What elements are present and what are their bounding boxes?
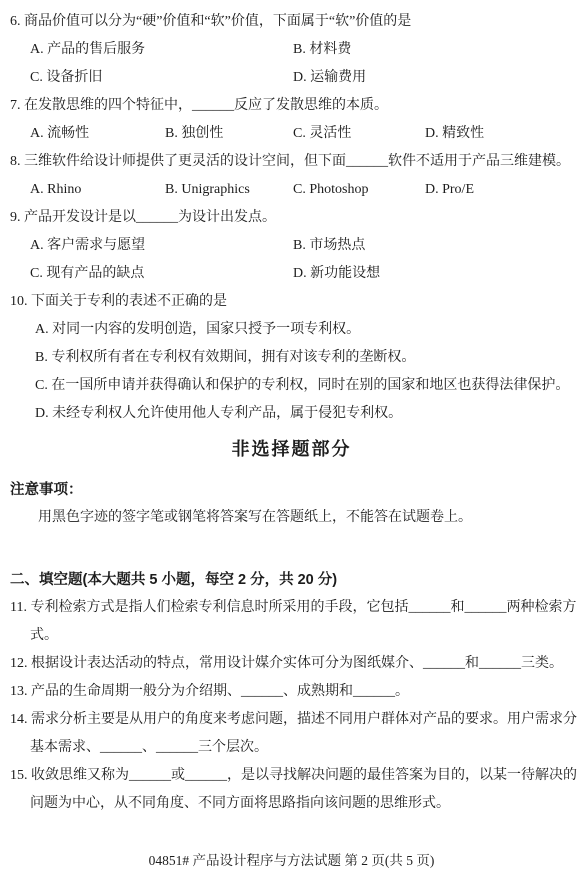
question-11-line-1: 11. 专利检索方式是指人们检索专利信息时所采用的手段，它包括______和__… — [10, 594, 573, 622]
question-6-options-row-2: C. 设备折旧 D. 运输费用 — [10, 64, 573, 92]
question-10-option-d: D. 未经专利权人允许使用他人专利产品，属于侵犯专利权。 — [10, 400, 573, 428]
question-8-stem: 8. 三维软件给设计师提供了更灵活的设计空间，但下面______软件不适用于产品… — [10, 148, 573, 176]
question-7-options-row: A. 流畅性 B. 独创性 C. 灵活性 D. 精致性 — [10, 120, 573, 148]
question-10-option-b: B. 专利权所有者在专利权有效期间，拥有对该专利的垄断权。 — [10, 344, 573, 372]
question-8-option-d: D. Pro/E — [425, 176, 474, 204]
question-8-option-b: B. Unigraphics — [165, 176, 293, 204]
question-7-option-b: B. 独创性 — [165, 120, 293, 148]
question-6-option-b: B. 材料费 — [293, 36, 351, 64]
question-9: 9. 产品开发设计是以______为设计出发点。 A. 客户需求与愿望 B. 市… — [10, 204, 573, 288]
question-13-line-1: 13. 产品的生命周期一般分为介绍期、______、成熟期和______。 — [10, 678, 573, 706]
question-15-line-2: 问题为中心，从不同角度、不同方面将思路指向该问题的思维形式。 — [10, 790, 573, 818]
question-7-option-c: C. 灵活性 — [293, 120, 425, 148]
question-10-option-c: C. 在一国所申请并获得确认和保护的专利权，同时在别的国家和地区也获得法律保护。 — [10, 372, 573, 400]
question-9-options-row-2: C. 现有产品的缺点 D. 新功能设想 — [10, 260, 573, 288]
notice-text: 用黑色字迹的签字笔或钢笔将答案写在答题纸上，不能答在试题卷上。 — [10, 504, 573, 532]
question-13: 13. 产品的生命周期一般分为介绍期、______、成熟期和______。 — [10, 678, 573, 706]
question-9-option-a: A. 客户需求与愿望 — [30, 232, 293, 260]
question-12-line-1: 12. 根据设计表达活动的特点，常用设计媒介实体可分为图纸媒介、______和_… — [10, 650, 573, 678]
question-8-option-c: C. Photoshop — [293, 176, 425, 204]
page-footer: 04851# 产品设计程序与方法试题 第 2 页(共 5 页) — [10, 847, 573, 875]
question-11-line-2: 式。 — [10, 622, 573, 650]
question-7: 7. 在发散思维的四个特征中，______反应了发散思维的本质。 A. 流畅性 … — [10, 92, 573, 148]
question-6-option-a: A. 产品的售后服务 — [30, 36, 293, 64]
question-6-options-row-1: A. 产品的售后服务 B. 材料费 — [10, 36, 573, 64]
question-9-options-row-1: A. 客户需求与愿望 B. 市场热点 — [10, 232, 573, 260]
question-6: 6. 商品价值可以分为“硬”价值和“软”价值，下面属于“软”价值的是 A. 产品… — [10, 8, 573, 92]
question-7-option-a: A. 流畅性 — [30, 120, 165, 148]
question-9-option-c: C. 现有产品的缺点 — [30, 260, 293, 288]
exam-paper-page: 6. 商品价值可以分为“硬”价值和“软”价值，下面属于“软”价值的是 A. 产品… — [0, 0, 585, 885]
question-7-stem: 7. 在发散思维的四个特征中，______反应了发散思维的本质。 — [10, 92, 573, 120]
question-10: 10. 下面关于专利的表述不正确的是 A. 对同一内容的发明创造，国家只授予一项… — [10, 288, 573, 428]
question-9-option-d: D. 新功能设想 — [293, 260, 380, 288]
question-15-line-1: 15. 收敛思维又称为______或______，是以寻找解决问题的最佳答案为目… — [10, 762, 573, 790]
question-14: 14. 需求分析主要是从用户的角度来考虑问题，描述不同用户群体对产品的要求。用户… — [10, 706, 573, 762]
question-6-option-d: D. 运输费用 — [293, 64, 366, 92]
question-8-options-row: A. Rhino B. Unigraphics C. Photoshop D. … — [10, 176, 573, 204]
non-choice-section-title: 非选择题部分 — [10, 434, 573, 464]
question-6-option-c: C. 设备折旧 — [30, 64, 293, 92]
question-8: 8. 三维软件给设计师提供了更灵活的设计空间，但下面______软件不适用于产品… — [10, 148, 573, 204]
question-14-line-2: 基本需求、______、______三个层次。 — [10, 734, 573, 762]
question-10-option-a: A. 对同一内容的发明创造，国家只授予一项专利权。 — [10, 316, 573, 344]
question-6-stem: 6. 商品价值可以分为“硬”价值和“软”价值，下面属于“软”价值的是 — [10, 8, 573, 36]
question-9-stem: 9. 产品开发设计是以______为设计出发点。 — [10, 204, 573, 232]
question-14-line-1: 14. 需求分析主要是从用户的角度来考虑问题，描述不同用户群体对产品的要求。用户… — [10, 706, 573, 734]
question-11: 11. 专利检索方式是指人们检索专利信息时所采用的手段，它包括______和__… — [10, 594, 573, 650]
question-8-option-a: A. Rhino — [30, 176, 165, 204]
notice-label: 注意事项： — [10, 476, 573, 504]
question-15: 15. 收敛思维又称为______或______，是以寻找解决问题的最佳答案为目… — [10, 762, 573, 818]
fill-in-blank-section-header: 二、填空题(本大题共 5 小题，每空 2 分，共 20 分) — [10, 566, 573, 594]
question-7-option-d: D. 精致性 — [425, 120, 484, 148]
question-9-option-b: B. 市场热点 — [293, 232, 365, 260]
question-10-stem: 10. 下面关于专利的表述不正确的是 — [10, 288, 573, 316]
question-12: 12. 根据设计表达活动的特点，常用设计媒介实体可分为图纸媒介、______和_… — [10, 650, 573, 678]
